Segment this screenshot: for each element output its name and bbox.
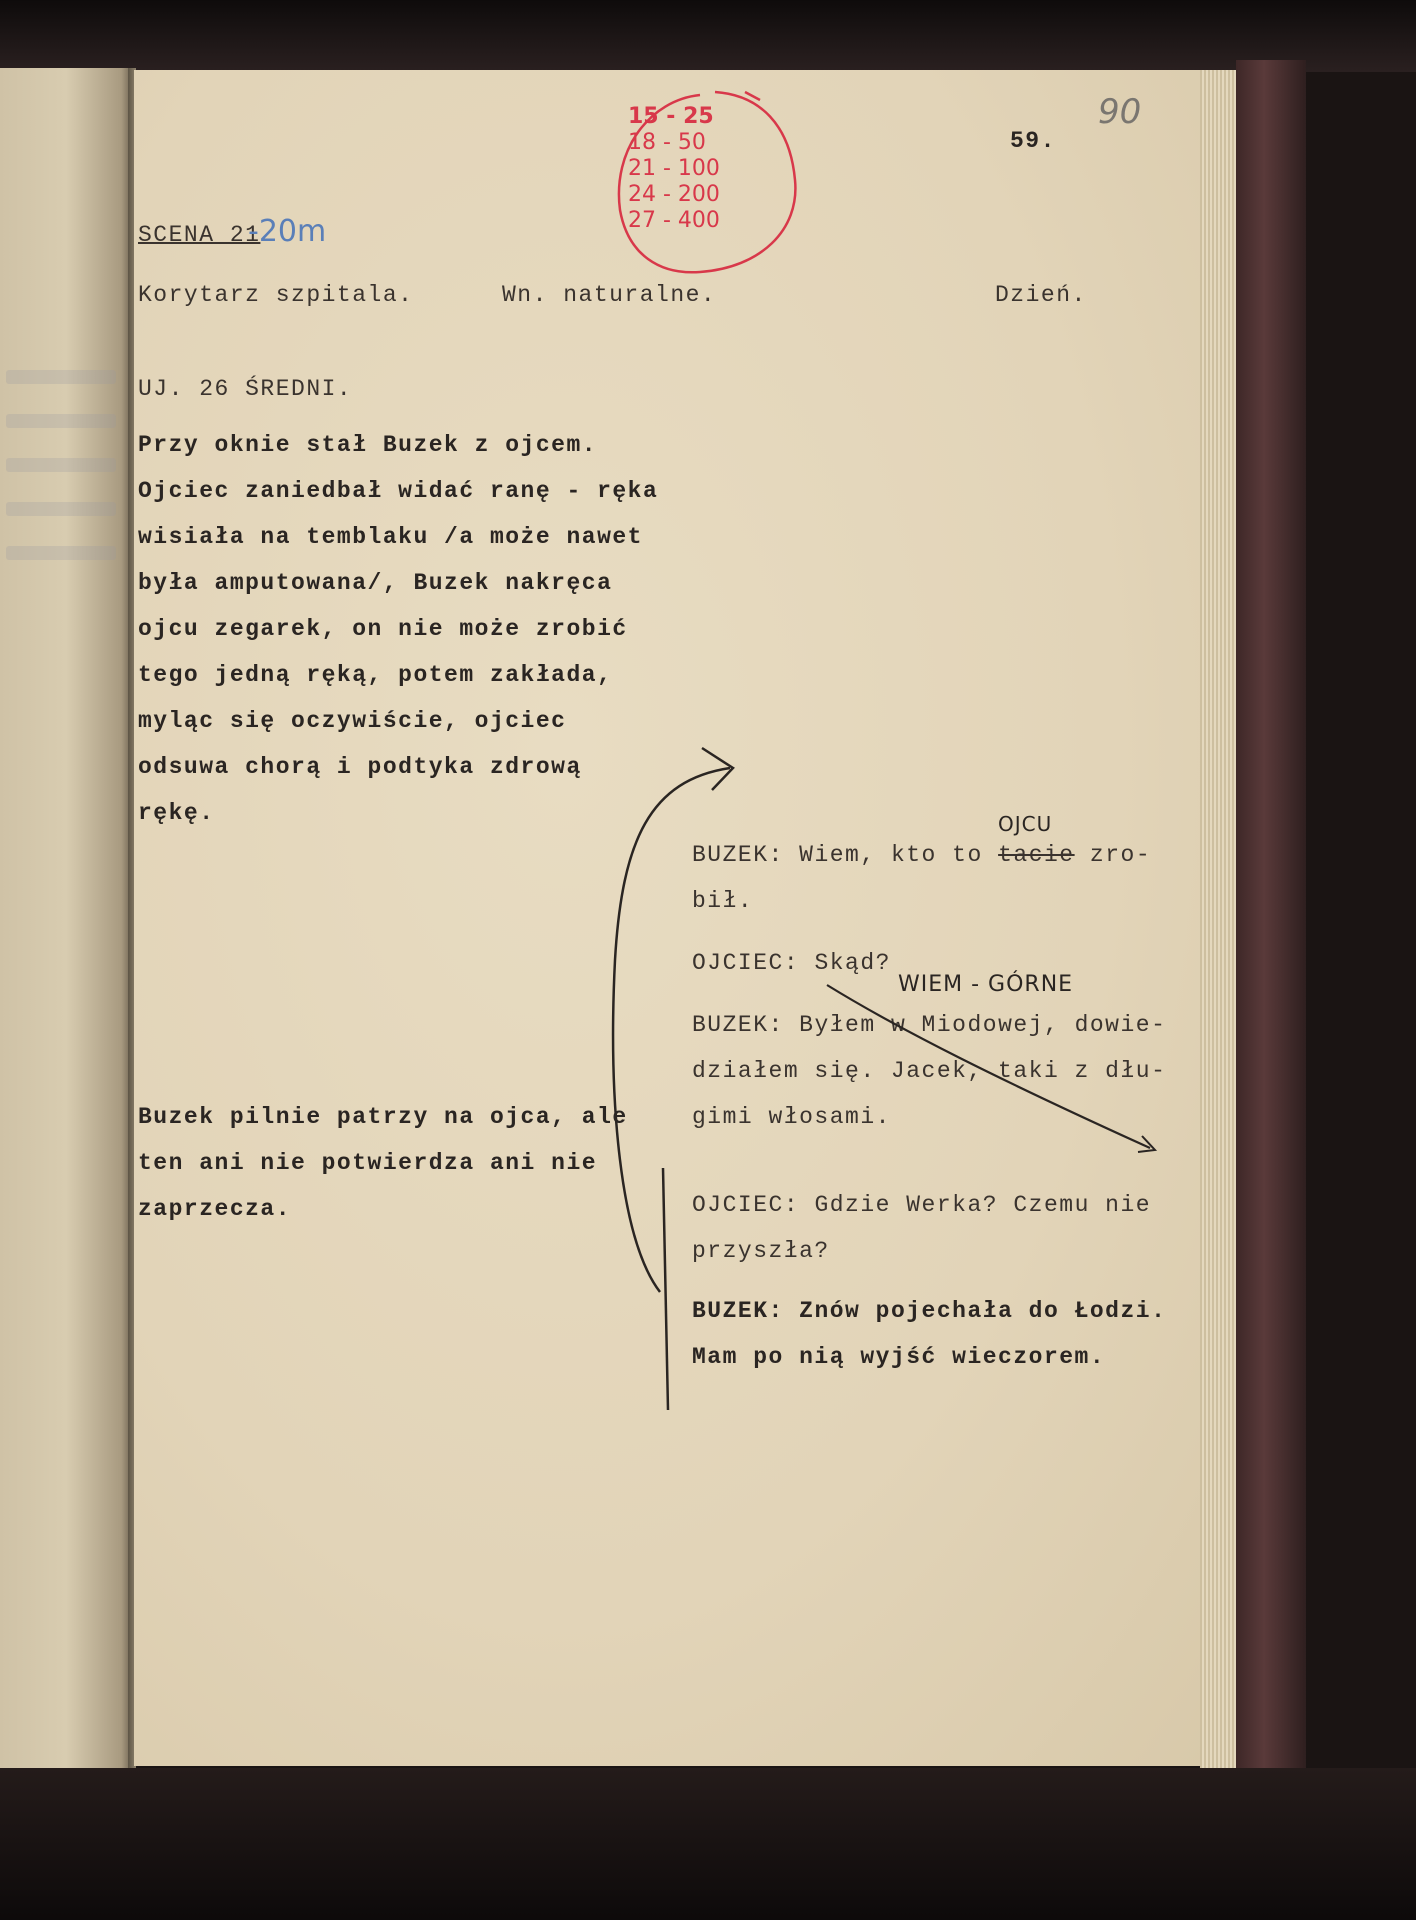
pen-markings bbox=[0, 0, 1416, 1920]
bracket-line-icon bbox=[663, 1168, 668, 1410]
curved-arrow-icon bbox=[613, 768, 730, 1292]
diagonal-strike-icon bbox=[827, 985, 1150, 1148]
red-circle-icon bbox=[619, 92, 795, 272]
